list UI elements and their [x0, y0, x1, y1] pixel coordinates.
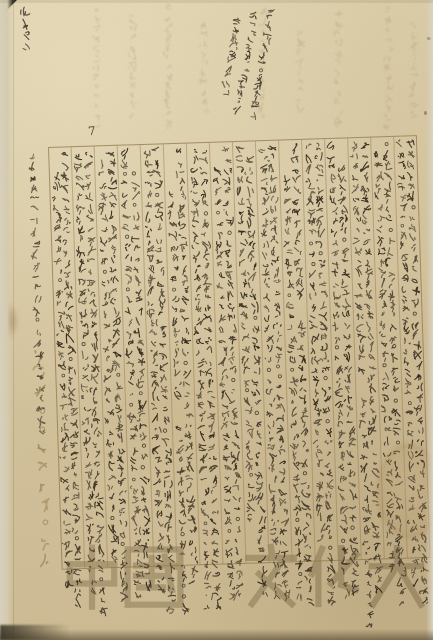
- paper-edge-crease: [13, 0, 14, 640]
- dark-blotch-bottom-left: [0, 625, 70, 640]
- paper-edge-left: [0, 0, 13, 640]
- paper-edge-top: [0, 0, 433, 3]
- corner-note: [21, 7, 30, 50]
- annotation-layer: [0, 0, 433, 640]
- manuscript-page: 7 西北調查團駐蘭通訊處用箋 中國文化大學: [0, 0, 433, 640]
- header-annotation-line: [220, 17, 242, 95]
- water-stain-ring: [377, 444, 433, 538]
- header-annotation-line: [249, 8, 276, 120]
- header-annotation: [220, 8, 275, 120]
- page-number: 7: [87, 124, 96, 139]
- paper-edge-right: [426, 0, 433, 640]
